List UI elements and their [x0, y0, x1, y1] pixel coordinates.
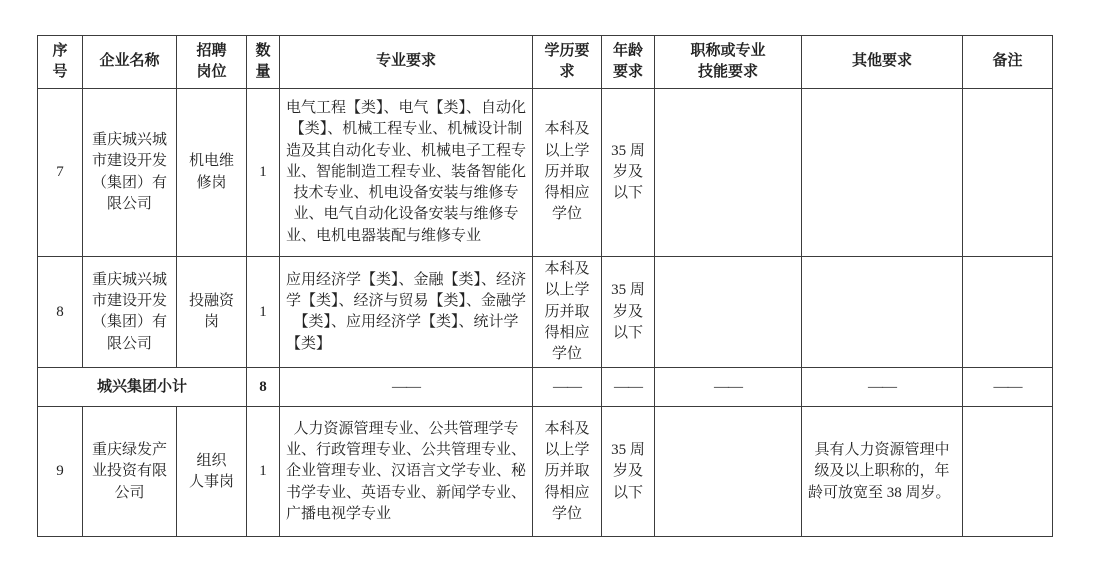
subtotal-row: 城兴集团小计 8 —— —— —— —— —— —— [38, 368, 1053, 407]
cell-position: 机电维 修岗 [177, 89, 247, 257]
subtotal-dash-title-skill: —— [655, 368, 802, 407]
cell-remark [963, 257, 1053, 368]
cell-other [802, 257, 963, 368]
cell-seq: 7 [38, 89, 83, 257]
cell-other [802, 89, 963, 257]
cell-seq: 9 [38, 407, 83, 537]
cell-education: 本科及以上学历并取得相应学位 [533, 257, 602, 368]
cell-company: 重庆绿发产业投资有限公司 [83, 407, 177, 537]
cell-remark [963, 89, 1053, 257]
table-header-row: 序 号 企业名称 招聘 岗位 数 量 专业要求 学历要 求 年龄 要求 职称或专… [38, 36, 1053, 89]
cell-age: 35 周岁及以下 [602, 89, 655, 257]
header-age: 年龄 要求 [602, 36, 655, 89]
cell-seq: 8 [38, 257, 83, 368]
cell-count: 1 [247, 407, 280, 537]
cell-major: 应用经济学【类】、金融【类】、经济学【类】、经济与贸易【类】、金融学【类】、应用… [280, 257, 533, 368]
header-position: 招聘 岗位 [177, 36, 247, 89]
header-remark: 备注 [963, 36, 1053, 89]
header-title-skill: 职称或专业 技能要求 [655, 36, 802, 89]
subtotal-dash-education: —— [533, 368, 602, 407]
cell-position: 投融资 岗 [177, 257, 247, 368]
subtotal-dash-remark: —— [963, 368, 1053, 407]
table-row-9: 9 重庆绿发产业投资有限公司 组织 人事岗 1 人力资源管理专业、公共管理学专业… [38, 407, 1053, 537]
cell-title-skill [655, 407, 802, 537]
header-count: 数 量 [247, 36, 280, 89]
cell-education: 本科及以上学历并取得相应学位 [533, 89, 602, 257]
header-seq: 序 号 [38, 36, 83, 89]
cell-company: 重庆城兴城市建设开发（集团）有限公司 [83, 257, 177, 368]
cell-position: 组织 人事岗 [177, 407, 247, 537]
cell-education: 本科及以上学历并取得相应学位 [533, 407, 602, 537]
cell-major: 人力资源管理专业、公共管理学专业、行政管理专业、公共管理专业、企业管理专业、汉语… [280, 407, 533, 537]
cell-count: 1 [247, 89, 280, 257]
table-row-7: 7 重庆城兴城市建设开发（集团）有限公司 机电维 修岗 1 电气工程【类】、电气… [38, 89, 1053, 257]
recruitment-table: 序 号 企业名称 招聘 岗位 数 量 专业要求 学历要 求 年龄 要求 职称或专… [37, 35, 1053, 537]
subtotal-label: 城兴集团小计 [38, 368, 247, 407]
subtotal-dash-other: —— [802, 368, 963, 407]
cell-title-skill [655, 89, 802, 257]
cell-age: 35 周岁及以下 [602, 257, 655, 368]
cell-count: 1 [247, 257, 280, 368]
cell-major: 电气工程【类】、电气【类】、自动化【类】、机械工程专业、机械设计制造及其自动化专… [280, 89, 533, 257]
cell-age: 35 周岁及以下 [602, 407, 655, 537]
subtotal-dash-age: —— [602, 368, 655, 407]
cell-other: 具有人力资源管理中级及以上职称的，年龄可放宽至 38 周岁。 [802, 407, 963, 537]
subtotal-dash-major: —— [280, 368, 533, 407]
header-company: 企业名称 [83, 36, 177, 89]
cell-remark [963, 407, 1053, 537]
cell-company: 重庆城兴城市建设开发（集团）有限公司 [83, 89, 177, 257]
page: 序 号 企业名称 招聘 岗位 数 量 专业要求 学历要 求 年龄 要求 职称或专… [0, 0, 1112, 566]
cell-title-skill [655, 257, 802, 368]
header-other: 其他要求 [802, 36, 963, 89]
header-education: 学历要 求 [533, 36, 602, 89]
subtotal-count: 8 [247, 368, 280, 407]
table-row-8: 8 重庆城兴城市建设开发（集团）有限公司 投融资 岗 1 应用经济学【类】、金融… [38, 257, 1053, 368]
header-major: 专业要求 [280, 36, 533, 89]
